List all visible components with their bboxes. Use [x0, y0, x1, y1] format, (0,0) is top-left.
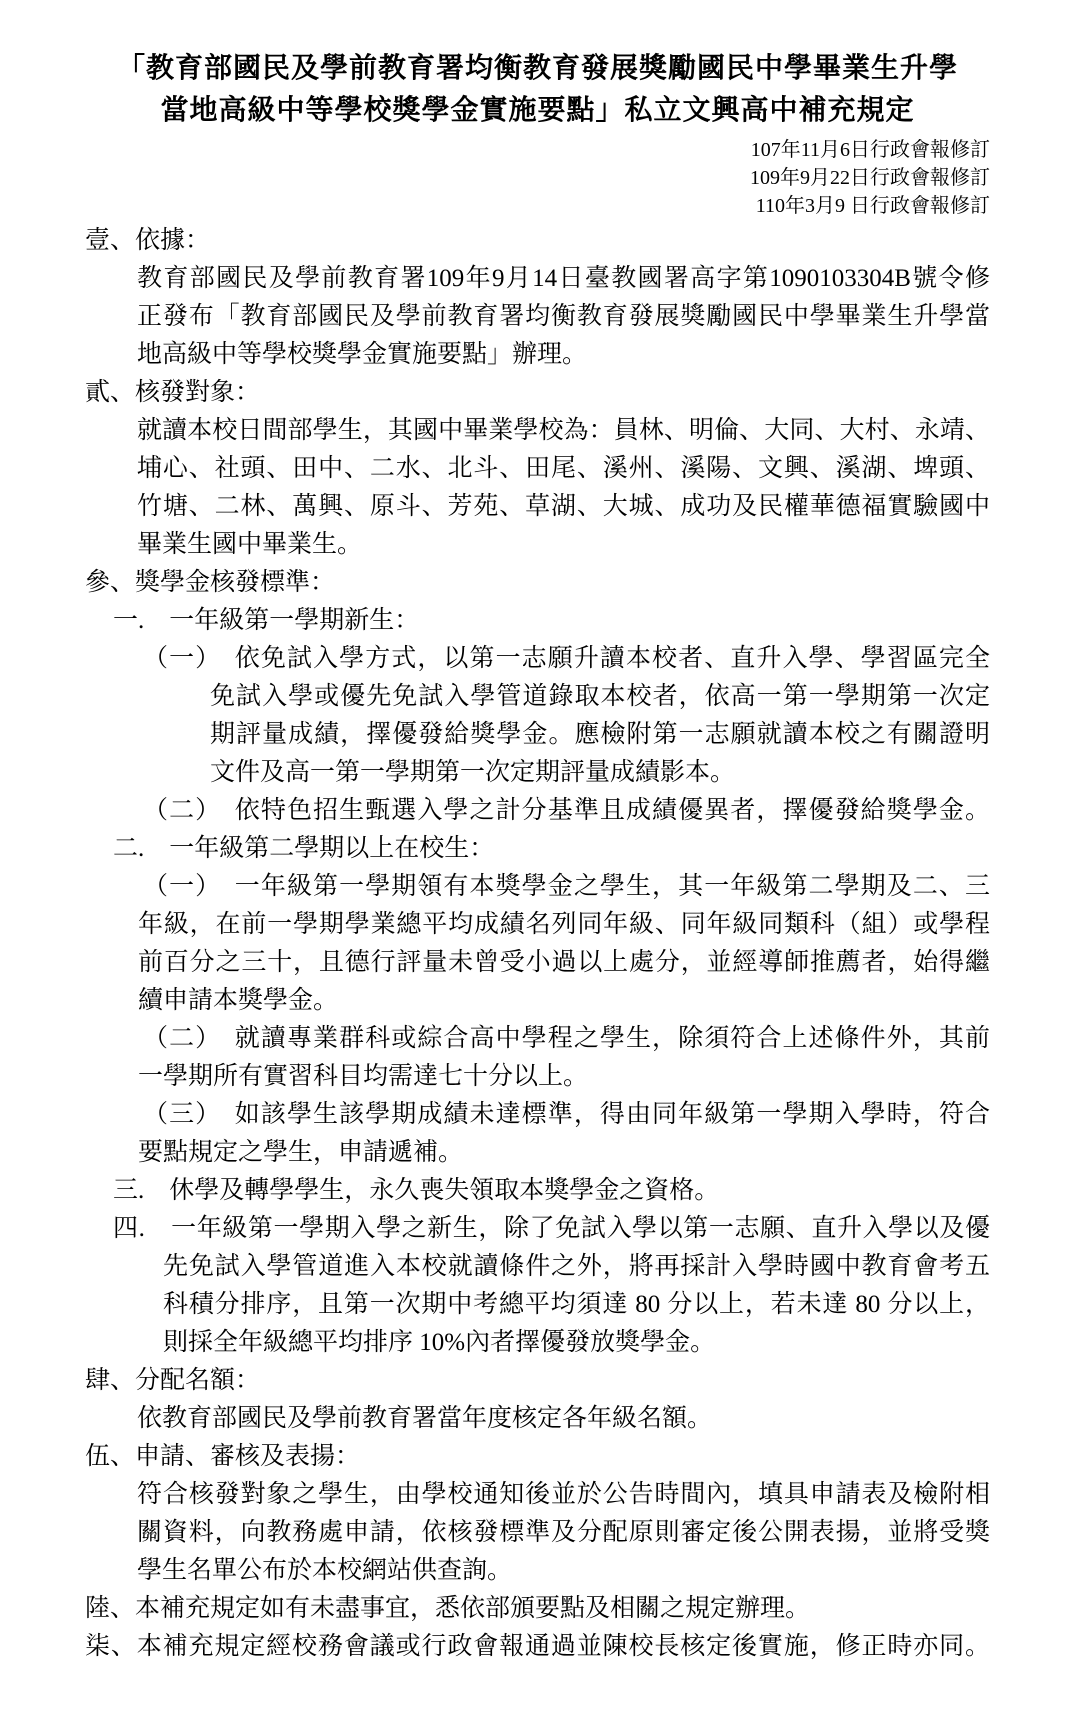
document-line: 伍、申請、審核及表揚：	[85, 1438, 990, 1476]
document-line: 陸、本補充規定如有未盡事宜，悉依部頒要點及相關之規定辦理。	[85, 1590, 990, 1628]
document-line: 柒、本補充規定經校務會議或行政會報通過並陳校長核定後實施，修正時亦同。	[85, 1628, 990, 1666]
document-line: 先免試入學管道進入本校就讀條件之外，將再採計入學時國中教育會考五	[85, 1248, 990, 1286]
document-line: 肆、分配名額：	[85, 1362, 990, 1400]
document-line: （二） 依特色招生甄選入學之計分基準且成績優異者，擇優發給獎學金。	[85, 792, 990, 830]
document-line: 正發布「教育部國民及學前教育署均衡教育發展獎勵國民中學畢業生升學當	[85, 298, 990, 336]
document-line: 參、獎學金核發標準：	[85, 564, 990, 602]
revision-dates: 107年11月6日行政會報修訂 109年9月22日行政會報修訂 110年3月9 …	[85, 136, 990, 220]
document-line: 則採全年級總平均排序 10%內者擇優發放獎學金。	[85, 1324, 990, 1362]
document-line: 學生名單公布於本校網站供查詢。	[85, 1552, 990, 1590]
document-line: 教育部國民及學前教育署109年9月14日臺教國署高字第1090103304B號令…	[85, 260, 990, 298]
document-line: （二） 就讀專業群科或綜合高中學程之學生，除須符合上述條件外，其前	[85, 1020, 990, 1058]
document-line: （三） 如該學生該學期成績未達標準，得由同年級第一學期入學時，符合	[85, 1096, 990, 1134]
document-line: 年級，在前一學期學業總平均成績名列同年級、同年級同類科（組）或學程	[85, 906, 990, 944]
document-line: 符合核發對象之學生，由學校通知後並於公告時間內，填具申請表及檢附相	[85, 1476, 990, 1514]
document-line: 要點規定之學生，申請遞補。	[85, 1134, 990, 1172]
document-line: （一） 依免試入學方式，以第一志願升讀本校者、直升入學、學習區完全	[85, 640, 990, 678]
document-line: 依教育部國民及學前教育署當年度核定各年級名額。	[85, 1400, 990, 1438]
document-line: 就讀本校日間部學生，其國中畢業學校為：員林、明倫、大同、大村、永靖、	[85, 412, 990, 450]
document-line: 續申請本獎學金。	[85, 982, 990, 1020]
document-line: 地高級中等學校獎學金實施要點」辦理。	[85, 336, 990, 374]
document-line: 期評量成績，擇優發給獎學金。應檢附第一志願就讀本校之有關證明	[85, 716, 990, 754]
revision-date-line: 110年3月9 日行政會報修訂	[85, 192, 990, 220]
document-line: 一. 一年級第一學期新生：	[85, 602, 990, 640]
document-line: 關資料，向教務處申請，依核發標準及分配原則審定後公開表揚，並將受獎	[85, 1514, 990, 1552]
document-line: 文件及高一第一學期第一次定期評量成績影本。	[85, 754, 990, 792]
document-line: 四. 一年級第一學期入學之新生，除了免試入學以第一志願、直升入學以及優	[85, 1210, 990, 1248]
document-body: 壹、依據：教育部國民及學前教育署109年9月14日臺教國署高字第10901033…	[85, 222, 990, 1666]
title-line: 當地高級中等學校獎學金實施要點」私立文興高中補充規定	[85, 90, 990, 132]
document-line: 前百分之三十，且德行評量未曾受小過以上處分，並經導師推薦者，始得繼	[85, 944, 990, 982]
revision-date-line: 107年11月6日行政會報修訂	[85, 136, 990, 164]
document-line: 畢業生國中畢業生。	[85, 526, 990, 564]
document-line: 貳、核發對象：	[85, 374, 990, 412]
document-line: （一） 一年級第一學期領有本獎學金之學生，其一年級第二學期及二、三	[85, 868, 990, 906]
document-page: 「教育部國民及學前教育署均衡教育發展獎勵國民中學畢業生升學 當地高級中等學校獎學…	[0, 0, 1079, 1716]
document-line: 二. 一年級第二學期以上在校生：	[85, 830, 990, 868]
revision-date-line: 109年9月22日行政會報修訂	[85, 164, 990, 192]
document-line: 三. 休學及轉學學生，永久喪失領取本獎學金之資格。	[85, 1172, 990, 1210]
document-title: 「教育部國民及學前教育署均衡教育發展獎勵國民中學畢業生升學 當地高級中等學校獎學…	[85, 48, 990, 132]
document-line: 免試入學或優先免試入學管道錄取本校者，依高一第一學期第一次定	[85, 678, 990, 716]
document-line: 一學期所有實習科目均需達七十分以上。	[85, 1058, 990, 1096]
document-line: 壹、依據：	[85, 222, 990, 260]
title-line: 「教育部國民及學前教育署均衡教育發展獎勵國民中學畢業生升學	[85, 48, 990, 90]
document-line: 竹塘、二林、萬興、原斗、芳苑、草湖、大城、成功及民權華德福實驗國中	[85, 488, 990, 526]
document-line: 科積分排序，且第一次期中考總平均須達 80 分以上，若未達 80 分以上，	[85, 1286, 990, 1324]
document-line: 埔心、社頭、田中、二水、北斗、田尾、溪州、溪陽、文興、溪湖、埤頭、	[85, 450, 990, 488]
